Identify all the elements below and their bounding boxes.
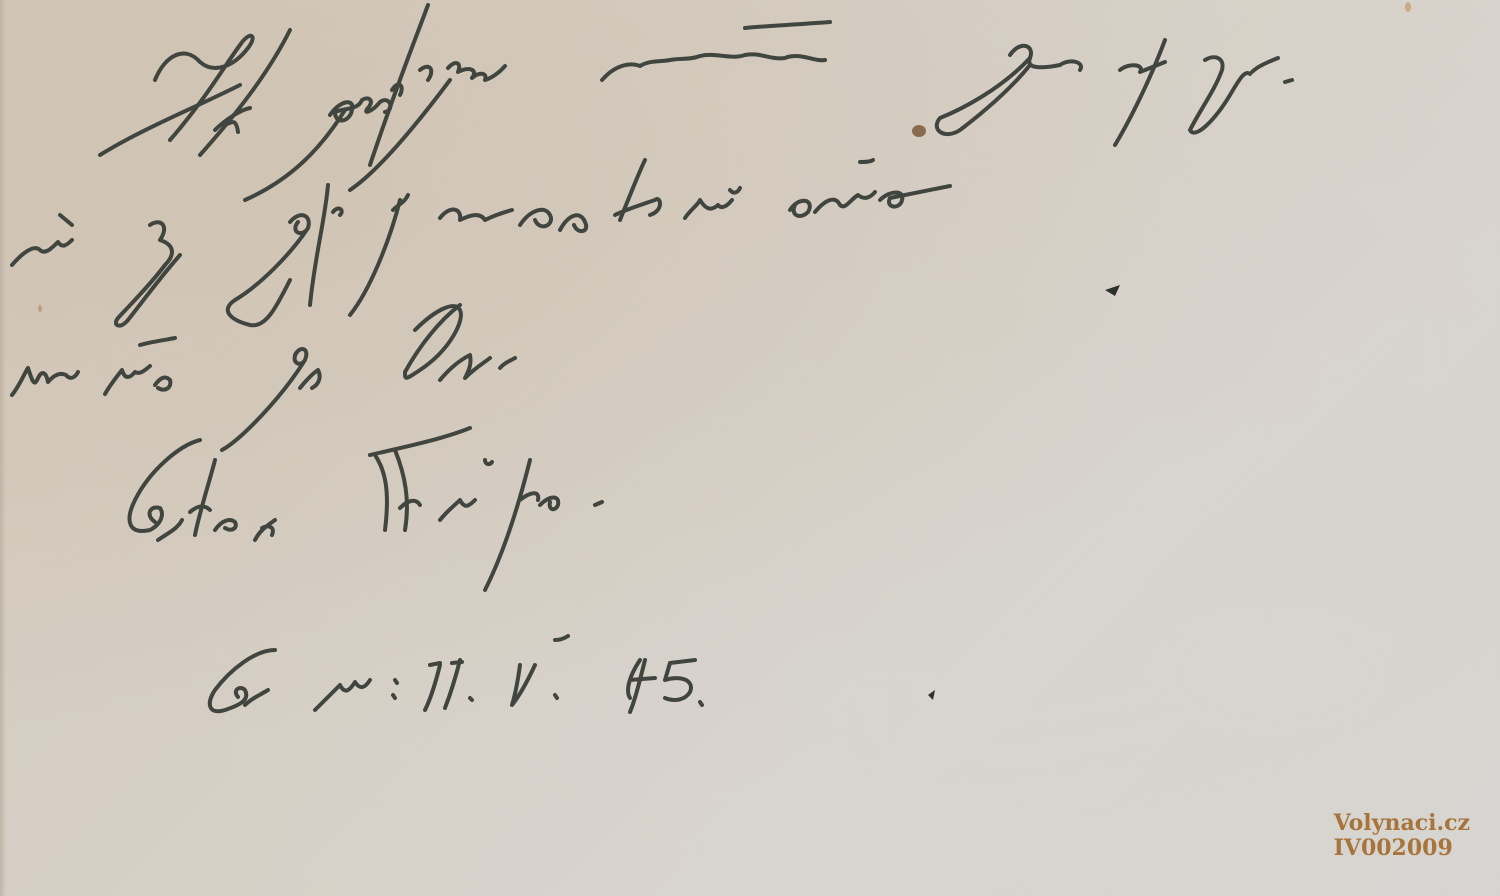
handwriting-line-5-strokes bbox=[210, 636, 702, 712]
handwriting-line-1-strokes bbox=[100, 5, 1292, 200]
ink-blot bbox=[1105, 285, 1120, 296]
watermark: Volynaci.cz IV002009 bbox=[1334, 811, 1470, 861]
handwriting-line-4-strokes bbox=[130, 428, 602, 590]
watermark-site: Volynaci.cz bbox=[1334, 811, 1470, 836]
watermark-id: IV002009 bbox=[1334, 836, 1470, 861]
handwriting-line-2-strokes bbox=[12, 160, 950, 326]
ink-blot bbox=[928, 690, 935, 700]
handwriting-strokes bbox=[0, 0, 1500, 896]
handwriting-line-3-strokes bbox=[12, 305, 515, 450]
